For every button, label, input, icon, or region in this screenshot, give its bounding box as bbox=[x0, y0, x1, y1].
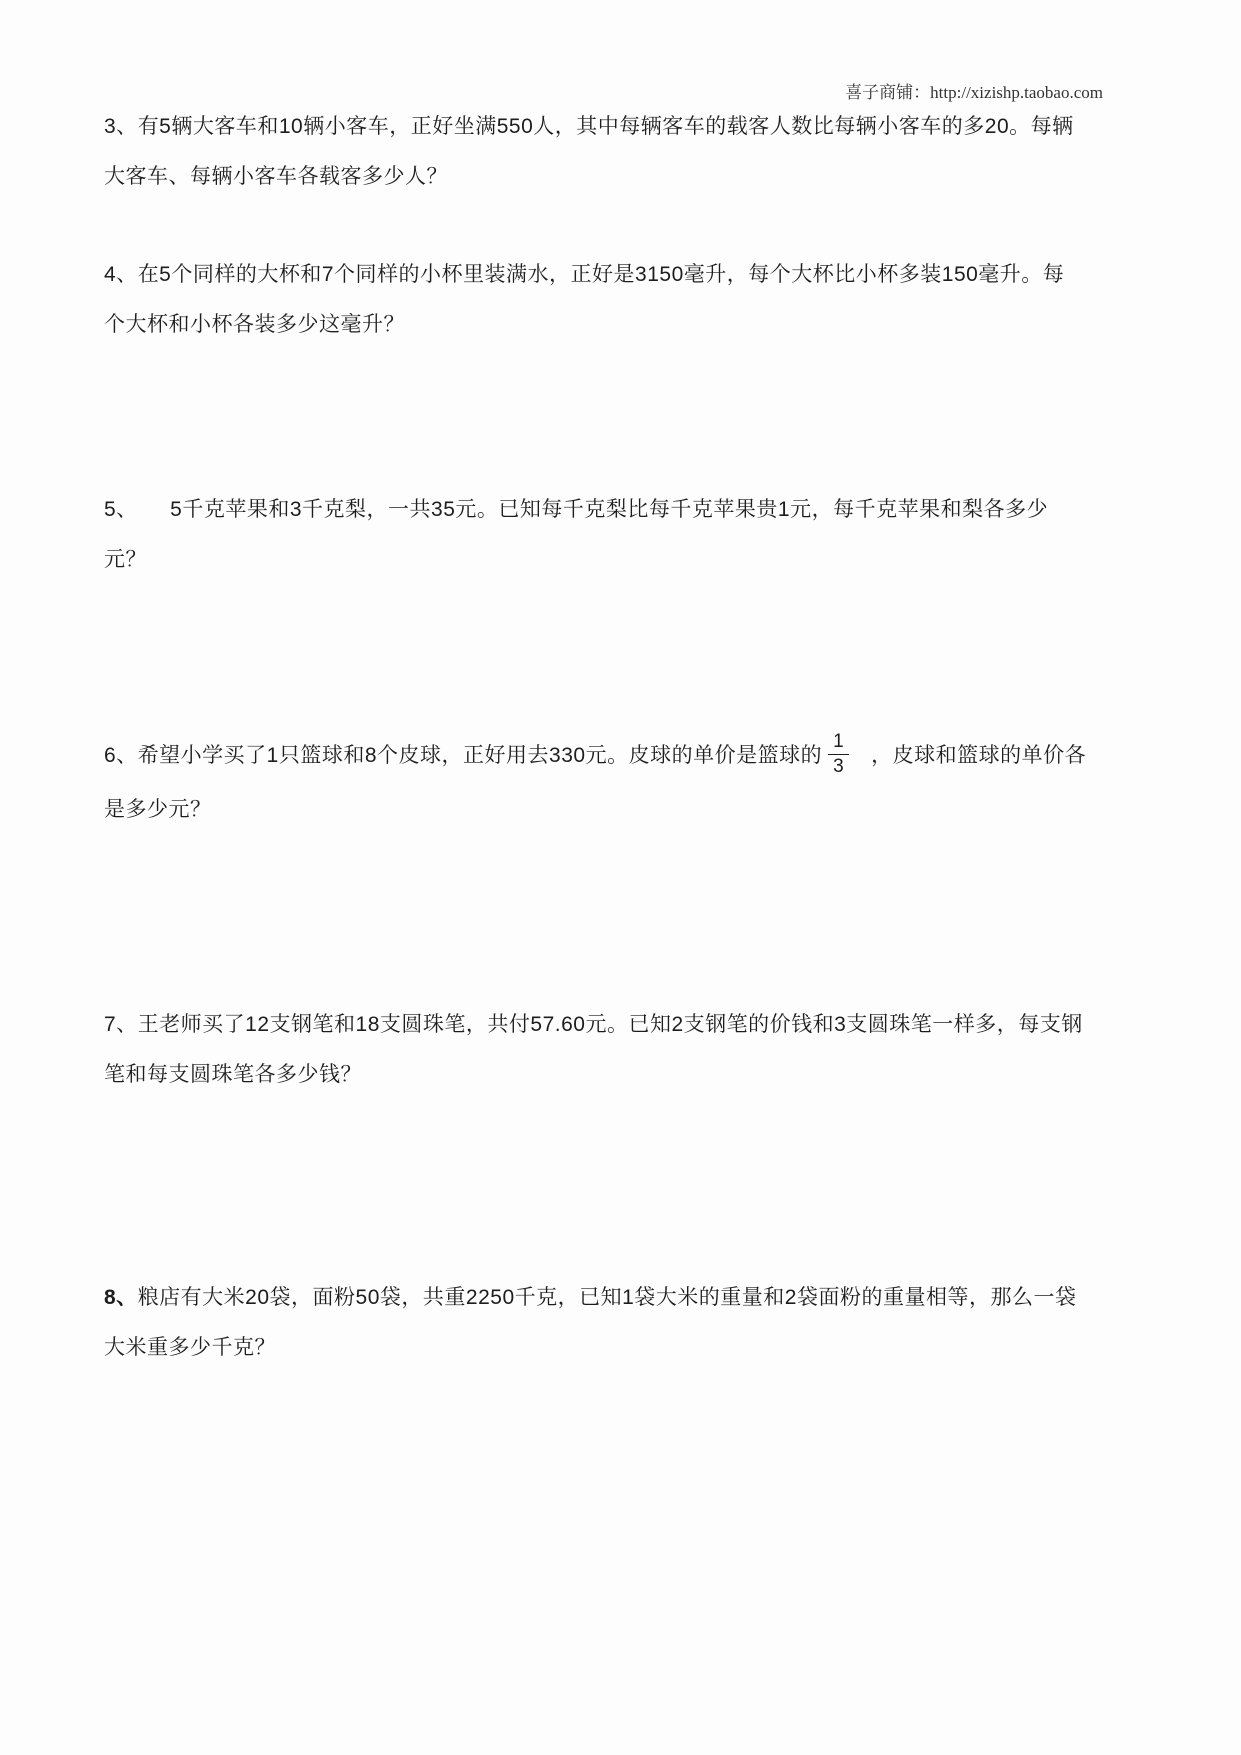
problem-5-line-1: 5、 5千克苹果和3千克梨，一共35元。已知每千克梨比每千克苹果贵1元，每千克苹… bbox=[104, 495, 1048, 525]
shop-header-text: 喜子商铺：http://xizishp.taobao.com bbox=[845, 78, 1103, 103]
problem-7-number: 7、 bbox=[104, 1013, 138, 1036]
problem-4-line-2: 个大杯和小杯各装多少这毫升？ bbox=[104, 310, 405, 340]
problem-4-text-1: 在5个同样的大杯和7个同样的小杯里装满水，正好是3150毫升，每个大杯比小杯多装… bbox=[138, 263, 1065, 286]
problem-7-text-1: 王老师买了12支钢笔和18支圆珠笔，共付57.60元。已知2支钢笔的价钱和3支圆… bbox=[138, 1013, 1083, 1036]
problem-6-text-before-fraction: 希望小学买了1只篮球和8个皮球，正好用去330元。皮球的单价是篮球的 bbox=[138, 744, 822, 767]
problem-3-text-1: 有5辆大客车和10辆小客车，正好坐满550人，其中每辆客车的载客人数比每辆小客车… bbox=[138, 115, 1074, 138]
worksheet-page: 喜子商铺：http://xizishp.taobao.com 3、有5辆大客车和… bbox=[0, 0, 1241, 1755]
problem-6-text-after-fraction: ，皮球和篮球的单价各 bbox=[871, 744, 1086, 767]
problem-6-line-2: 是多少元？ bbox=[104, 795, 212, 825]
problem-5-text-1: 5千克苹果和3千克梨，一共35元。已知每千克梨比每千克苹果贵1元，每千克苹果和梨… bbox=[127, 498, 1048, 521]
problem-3-line-1: 3、有5辆大客车和10辆小客车，正好坐满550人，其中每辆客车的载客人数比每辆小… bbox=[104, 112, 1074, 142]
problem-6-number: 6、 bbox=[104, 744, 138, 767]
problem-7-line-1: 7、王老师买了12支钢笔和18支圆珠笔，共付57.60元。已知2支钢笔的价钱和3… bbox=[104, 1010, 1083, 1040]
problem-4-number: 4、 bbox=[104, 263, 138, 286]
problem-6-line-1: 6、希望小学买了1只篮球和8个皮球，正好用去330元。皮球的单价是篮球的13，皮… bbox=[104, 733, 1086, 780]
problem-5-line-2: 元？ bbox=[104, 545, 147, 575]
problem-4-line-1: 4、在5个同样的大杯和7个同样的小杯里装满水，正好是3150毫升，每个大杯比小杯… bbox=[104, 260, 1064, 290]
problem-8-line-2: 大米重多少千克？ bbox=[104, 1333, 276, 1363]
fraction-denominator: 3 bbox=[833, 755, 844, 778]
problem-5-number: 5、 bbox=[104, 498, 127, 521]
fraction-one-third: 13 bbox=[828, 731, 849, 778]
fraction-numerator: 1 bbox=[828, 731, 849, 755]
problem-8-text-1: 粮店有大米20袋，面粉50袋，共重2250千克，已知1袋大米的重量和2袋面粉的重… bbox=[138, 1286, 1077, 1309]
problem-3-number: 3、 bbox=[104, 115, 138, 138]
problem-3-line-2: 大客车、每辆小客车各载客多少人？ bbox=[104, 162, 448, 192]
problem-7-line-2: 笔和每支圆珠笔各多少钱？ bbox=[104, 1060, 362, 1090]
problem-8-line-1: 8、粮店有大米20袋，面粉50袋，共重2250千克，已知1袋大米的重量和2袋面粉… bbox=[104, 1283, 1076, 1313]
problem-8-number: 8、 bbox=[104, 1286, 138, 1309]
